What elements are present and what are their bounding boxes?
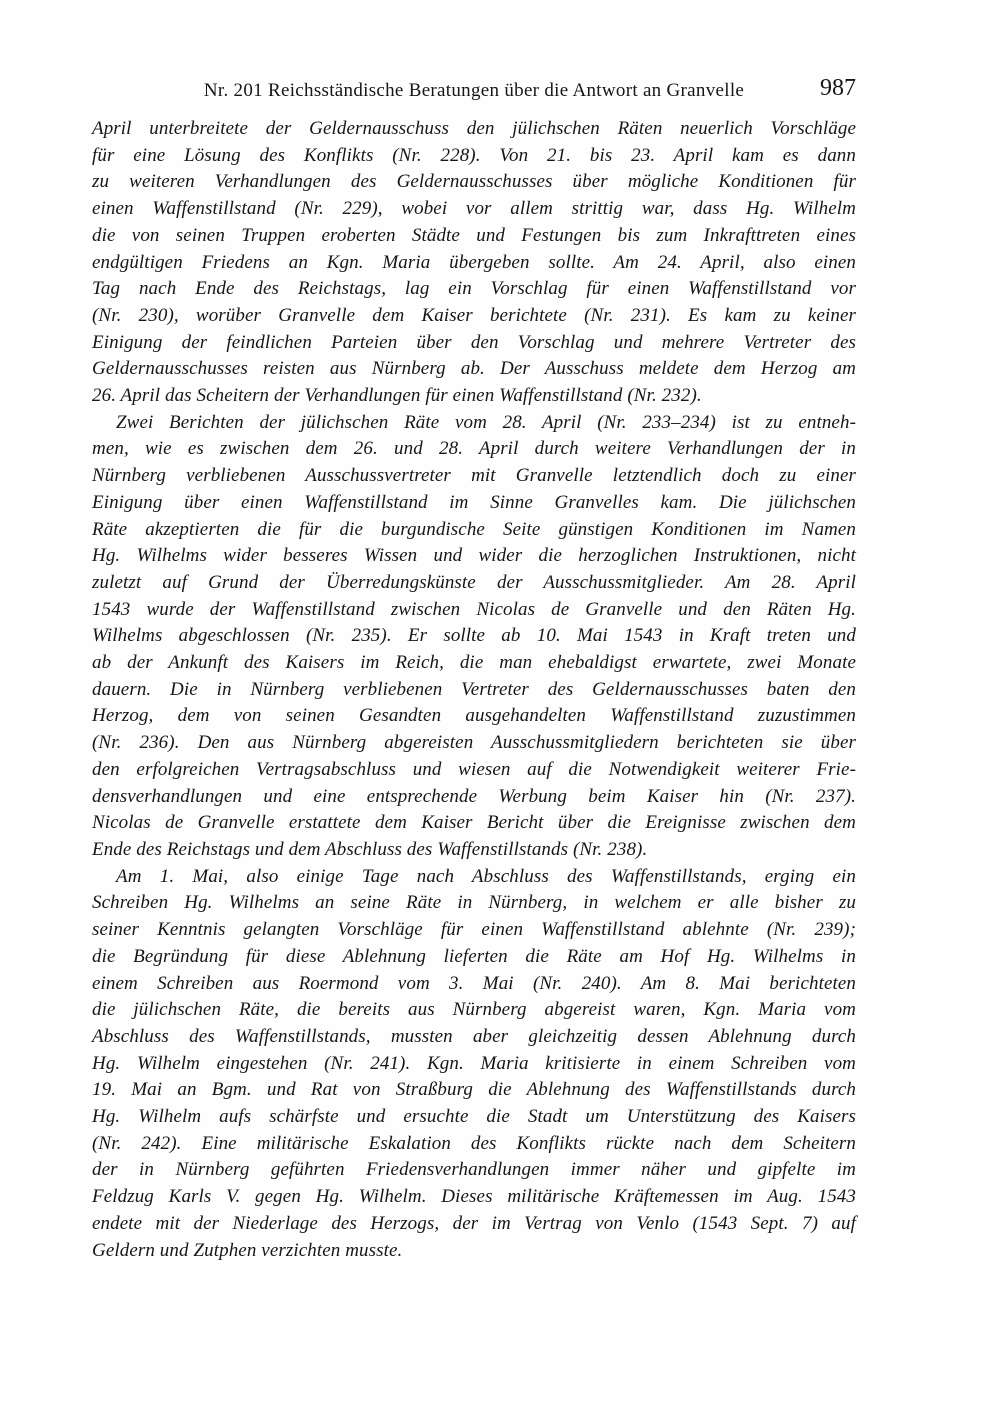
text-line: Nürnberg verbliebenen Ausschussvertreter…: [92, 463, 856, 490]
page-number: 987: [820, 75, 856, 102]
text-line: Wilhelms abgeschlossen (Nr. 235). Er sol…: [92, 623, 856, 650]
book-page: Nr. 201 Reichsständische Beratungen über…: [0, 0, 1004, 1418]
text-line: 19. Mai an Bgm. und Rat von Straßburg di…: [92, 1077, 856, 1104]
text-line: Geldernausschusses reisten aus Nürnberg …: [92, 356, 856, 383]
text-line: Hg. Wilhelm aufs schärfste und ersuchte …: [92, 1104, 856, 1131]
text-line: 26. April das Scheitern der Verhandlunge…: [92, 383, 856, 410]
text-line: zu weiteren Verhandlungen des Geldernaus…: [92, 169, 856, 196]
running-header-title: Nr. 201 Reichsständische Beratungen über…: [92, 80, 856, 102]
text-line: Einigung der feindlichen Parteien über d…: [92, 330, 856, 357]
text-line: Ende des Reichstags und dem Abschluss de…: [92, 837, 856, 864]
text-line: April unterbreitete der Geldernausschuss…: [92, 116, 856, 143]
text-line: endete mit der Niederlage des Herzogs, d…: [92, 1211, 856, 1238]
text-line: einen Waffenstillstand (Nr. 229), wobei …: [92, 196, 856, 223]
text-line: Einigung über einen Waffenstillstand im …: [92, 490, 856, 517]
text-line: einem Schreiben aus Roermond vom 3. Mai …: [92, 971, 856, 998]
text-line: Nicolas de Granvelle erstattete dem Kais…: [92, 810, 856, 837]
text-line: Hg. Wilhelms wider besseres Wissen und w…: [92, 543, 856, 570]
text-line: Zwei Berichten der jülichschen Räte vom …: [92, 410, 856, 437]
text-line: Feldzug Karls V. gegen Hg. Wilhelm. Dies…: [92, 1184, 856, 1211]
text-line: (Nr. 236). Den aus Nürnberg abgereisten …: [92, 730, 856, 757]
text-line: dauern. Die in Nürnberg verbliebenen Ver…: [92, 677, 856, 704]
text-line: Tag nach Ende des Reichstags, lag ein Vo…: [92, 276, 856, 303]
text-line: Geldern und Zutphen verzichten musste.: [92, 1238, 856, 1265]
text-line: seiner Kenntnis gelangten Vorschläge für…: [92, 917, 856, 944]
text-line: zuletzt auf Grund der Überredungskünste …: [92, 570, 856, 597]
text-line: (Nr. 230), worüber Granvelle dem Kaiser …: [92, 303, 856, 330]
text-line: die jülichschen Räte, die bereits aus Nü…: [92, 997, 856, 1024]
text-line: die von seinen Truppen eroberten Städte …: [92, 223, 856, 250]
text-line: (Nr. 242). Eine militärische Eskalation …: [92, 1131, 856, 1158]
text-line: Herzog, dem von seinen Gesandten ausgeha…: [92, 703, 856, 730]
text-line: men, wie es zwischen dem 26. und 28. Apr…: [92, 436, 856, 463]
text-line: Hg. Wilhelm eingestehen (Nr. 241). Kgn. …: [92, 1051, 856, 1078]
text-line: die Begründung für diese Ablehnung liefe…: [92, 944, 856, 971]
text-line: ab der Ankunft des Kaisers im Reich, die…: [92, 650, 856, 677]
running-header: Nr. 201 Reichsständische Beratungen über…: [92, 80, 856, 110]
body-text: April unterbreitete der Geldernausschuss…: [92, 116, 856, 1264]
text-line: Schreiben Hg. Wilhelms an seine Räte in …: [92, 890, 856, 917]
text-line: für eine Lösung des Konflikts (Nr. 228).…: [92, 143, 856, 170]
text-line: Abschluss des Waffenstillstands, mussten…: [92, 1024, 856, 1051]
text-line: densverhandlungen und eine entsprechende…: [92, 784, 856, 811]
text-line: den erfolgreichen Vertragsabschluss und …: [92, 757, 856, 784]
text-line: Am 1. Mai, also einige Tage nach Abschlu…: [92, 864, 856, 891]
paragraph: Zwei Berichten der jülichschen Räte vom …: [92, 410, 856, 864]
paragraph: Am 1. Mai, also einige Tage nach Abschlu…: [92, 864, 856, 1265]
text-line: 1543 wurde der Waffenstillstand zwischen…: [92, 597, 856, 624]
text-line: Räte akzeptierten die für die burgundisc…: [92, 517, 856, 544]
paragraph: April unterbreitete der Geldernausschuss…: [92, 116, 856, 410]
text-line: endgültigen Friedens an Kgn. Maria überg…: [92, 250, 856, 277]
text-line: der in Nürnberg geführten Friedensverhan…: [92, 1157, 856, 1184]
